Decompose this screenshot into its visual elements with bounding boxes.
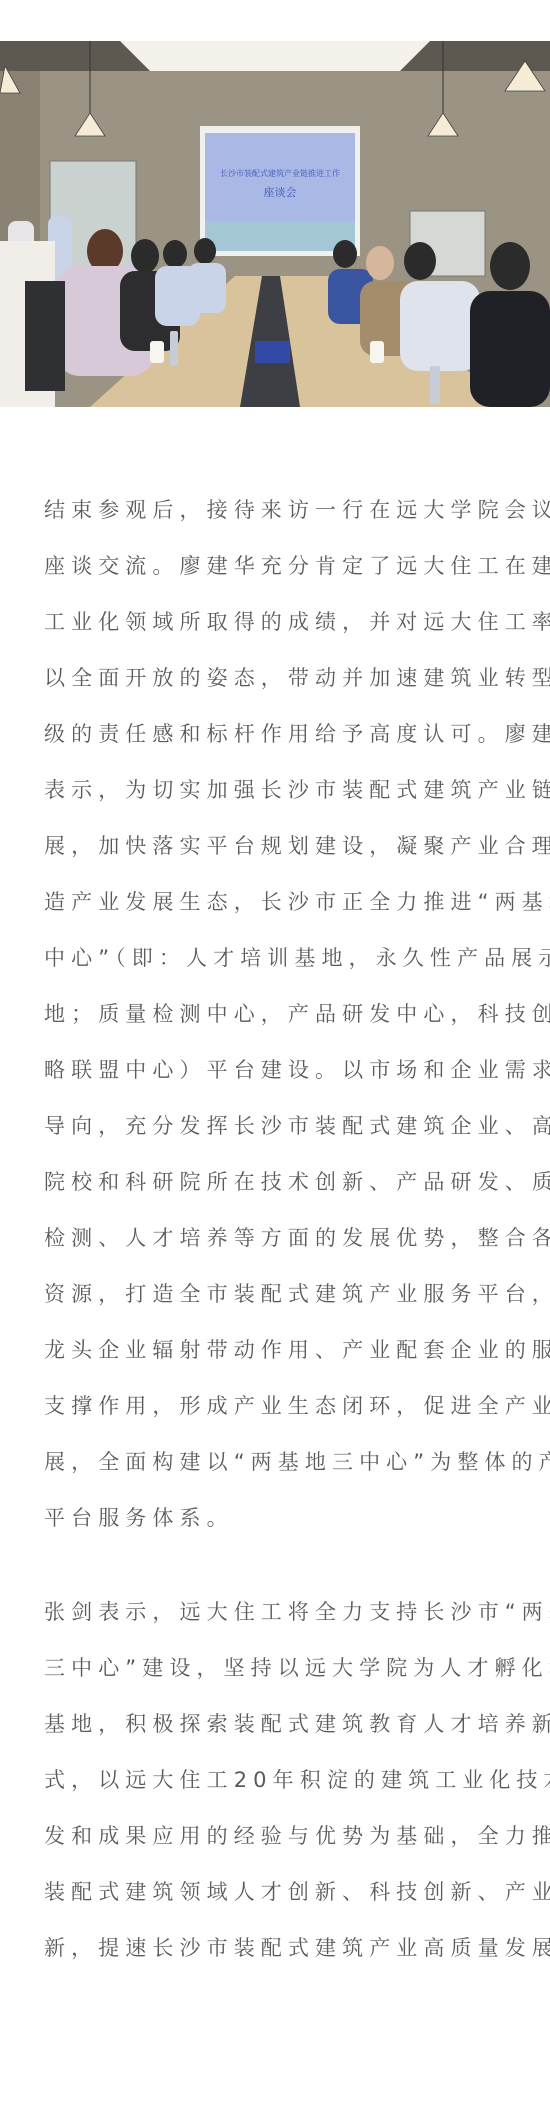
text-line: 工业化领域所取得的成绩，并对远大住工率先 (44, 608, 514, 664)
text-line: 检测、人才培养等方面的发展优势，整合各方 (44, 1224, 514, 1280)
text-line: 基地，积极探索装配式建筑教育人才培养新模 (44, 1710, 514, 1766)
text-line: 导向，充分发挥长沙市装配式建筑企业、高等 (44, 1112, 514, 1168)
text-line: 式，以远大住工20年积淀的建筑工业化技术研 (44, 1766, 514, 1822)
paragraph-1: 结束参观后，接待来访一行在远大学院会议室 座谈交流。廖建华充分肯定了远大住工在建… (44, 496, 514, 1560)
text-line: 龙头企业辐射带动作用、产业配套企业的服务 (44, 1336, 514, 1392)
text-line: 院校和科研院所在技术创新、产品研发、质量 (44, 1168, 514, 1224)
paragraph-2: 张剑表示，远大住工将全力支持长沙市“两基地 三中心”建设，坚持以远大学院为人才孵… (44, 1598, 514, 1990)
text-line: 地；质量检测中心，产品研发中心，科技创新战 (44, 1000, 514, 1056)
text-line: 发和成果应用的经验与优势为基础，全力推进 (44, 1822, 514, 1878)
text-line: 资源，打造全市装配式建筑产业服务平台，发挥 (44, 1280, 514, 1336)
text-line: 展，加快落实平台规划建设，凝聚产业合理，营 (44, 832, 514, 888)
text-line: 表示，为切实加强长沙市装配式建筑产业链发 (44, 776, 514, 832)
text-line: 造产业发展生态，长沙市正全力推进“两基地三 (44, 888, 514, 944)
text-line: 平台服务体系。 (44, 1504, 514, 1560)
text-line: 中心”（即：人才培训基地，永久性产品展示基 (44, 944, 514, 1000)
meeting-photo: 长沙市装配式建筑产业链推进工作 座谈会 (0, 41, 550, 407)
meeting-room-image: 长沙市装配式建筑产业链推进工作 座谈会 (0, 41, 550, 407)
text-line: 级的责任感和标杆作用给予高度认可。廖建华 (44, 720, 514, 776)
text-line: 结束参观后，接待来访一行在远大学院会议室 (44, 496, 514, 552)
text-line: 以全面开放的姿态，带动并加速建筑业转型升 (44, 664, 514, 720)
text-line: 三中心”建设，坚持以远大学院为人才孵化培育 (44, 1654, 514, 1710)
screen-subtitle: 座谈会 (264, 185, 297, 199)
text-line: 装配式建筑领域人才创新、科技创新、产业创 (44, 1878, 514, 1934)
text-line: 张剑表示，远大住工将全力支持长沙市“两基地 (44, 1598, 514, 1654)
text-line: 略联盟中心）平台建设。以市场和企业需求为 (44, 1056, 514, 1112)
text-line: 支撑作用，形成产业生态闭环，促进全产业链发 (44, 1392, 514, 1448)
screen-title: 长沙市装配式建筑产业链推进工作 (220, 168, 340, 178)
text-line: 座谈交流。廖建华充分肯定了远大住工在建筑 (44, 552, 514, 608)
text-line: 展，全面构建以“两基地三中心”为整体的产业 (44, 1448, 514, 1504)
text-line: 新，提速长沙市装配式建筑产业高质量发展。 (44, 1934, 514, 1990)
